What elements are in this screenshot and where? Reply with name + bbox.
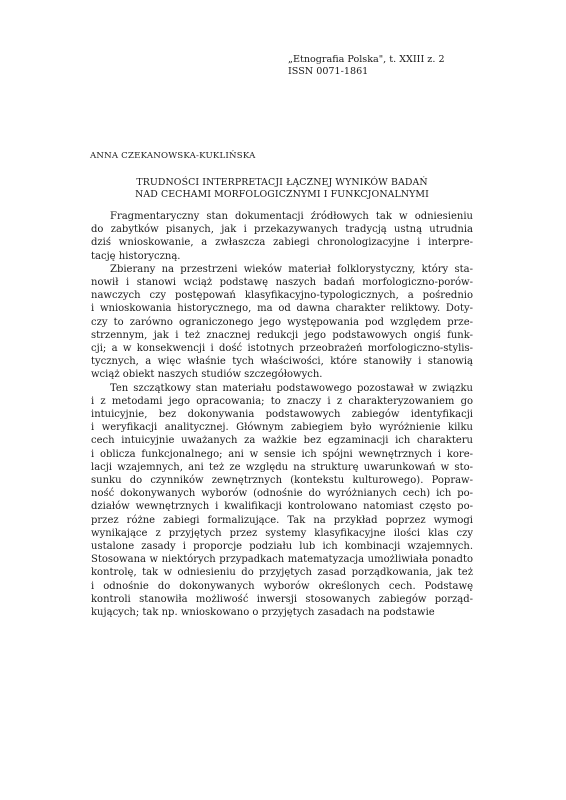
text-line: kontroli stanowiła możliwość inwersji st… (91, 593, 473, 606)
text-line: Stosowana w niektórych przypadkach matem… (91, 553, 473, 566)
text-line: przez różne zabiegi formalizujące. Tak n… (91, 514, 473, 527)
title-line: TRUDNOŚCI INTERPRETACJI ŁĄCZNEJ WYNIKÓW … (82, 177, 482, 189)
text-line: tację historyczną. (91, 250, 473, 263)
text-line: tycznych, a więc właśnie tych właściwośc… (91, 355, 473, 368)
document-page: „Etnografia Polska", t. XXIII z. 2 ISSN … (0, 0, 566, 800)
text-line: Zbierany na przestrzeni wieków materiał … (91, 263, 473, 276)
issn-line: ISSN 0071-1861 (288, 66, 445, 78)
paragraph: Ten szczątkowy stan materiału podstawowe… (91, 382, 473, 620)
text-line: Ten szczątkowy stan materiału podstawowe… (91, 382, 473, 395)
text-line: wynikające z przyjętych przez systemy kl… (91, 527, 473, 540)
title-line: NAD CECHAMI MORFOLOGICZNYMI I FUNKCJONAL… (82, 189, 482, 201)
article-title: TRUDNOŚCI INTERPRETACJI ŁĄCZNEJ WYNIKÓW … (82, 177, 482, 201)
article-author: ANNA CZEKANOWSKA-KUKLIŃSKA (90, 151, 256, 161)
text-line: nowił i stanowi wciąż podstawę naszych b… (91, 276, 473, 289)
text-line: sunku do czynników zewnętrznych (konteks… (91, 474, 473, 487)
text-line: i wnioskowania historycznego, ma od dawn… (91, 302, 473, 315)
text-line: nawczych czy postępowań klasyfikacyjno-t… (91, 289, 473, 302)
text-line: czy to zarówno ograniczonego jego występ… (91, 316, 473, 329)
text-line: i odnośnie do dokonywanych wyborów okreś… (91, 580, 473, 593)
text-line: działów wewnętrznych i kwalifikacji kont… (91, 500, 473, 513)
journal-citation: „Etnografia Polska", t. XXIII z. 2 ISSN … (288, 54, 445, 78)
paragraph: Zbierany na przestrzeni wieków materiał … (91, 263, 473, 382)
text-line: Fragmentaryczny stan dokumentacji źródło… (91, 210, 473, 223)
text-line: kontrolę, tak w odniesieniu do przyjętyc… (91, 566, 473, 579)
text-line: ustalone zasady i proporcje podziału lub… (91, 540, 473, 553)
text-line: wciąż obiekt naszych studiów szczegółowy… (91, 368, 473, 381)
paragraph: Fragmentaryczny stan dokumentacji źródło… (91, 210, 473, 263)
text-line: i weryfikacji analitycznej. Głównym zabi… (91, 421, 473, 434)
text-line: intuicyjnie, bez dokonywania podstawowyc… (91, 408, 473, 421)
text-line: do zabytków pisanych, jak i przekazywany… (91, 223, 473, 236)
article-body: Fragmentaryczny stan dokumentacji źródło… (91, 210, 473, 619)
journal-line: „Etnografia Polska", t. XXIII z. 2 (288, 54, 445, 66)
text-line: cji; a w konsekwencji i dość istotnych p… (91, 342, 473, 355)
text-line: kujących; tak np. wnioskowano o przyjęty… (91, 606, 473, 619)
text-line: strzennym, jak i też znacznej redukcji j… (91, 329, 473, 342)
text-line: dziś wnioskowanie, a zwłaszcza zabiegi c… (91, 236, 473, 249)
text-line: i oblicza funkcjonalnego; ani w sensie i… (91, 448, 473, 461)
text-line: ność dokonywanych wyborów (odnośnie do w… (91, 487, 473, 500)
text-line: i z metodami jego opracowania; to znaczy… (91, 395, 473, 408)
text-line: lacji wzajemnych, ani też ze względu na … (91, 461, 473, 474)
text-line: cech intuicyjnie uważanych za ważkie bez… (91, 434, 473, 447)
